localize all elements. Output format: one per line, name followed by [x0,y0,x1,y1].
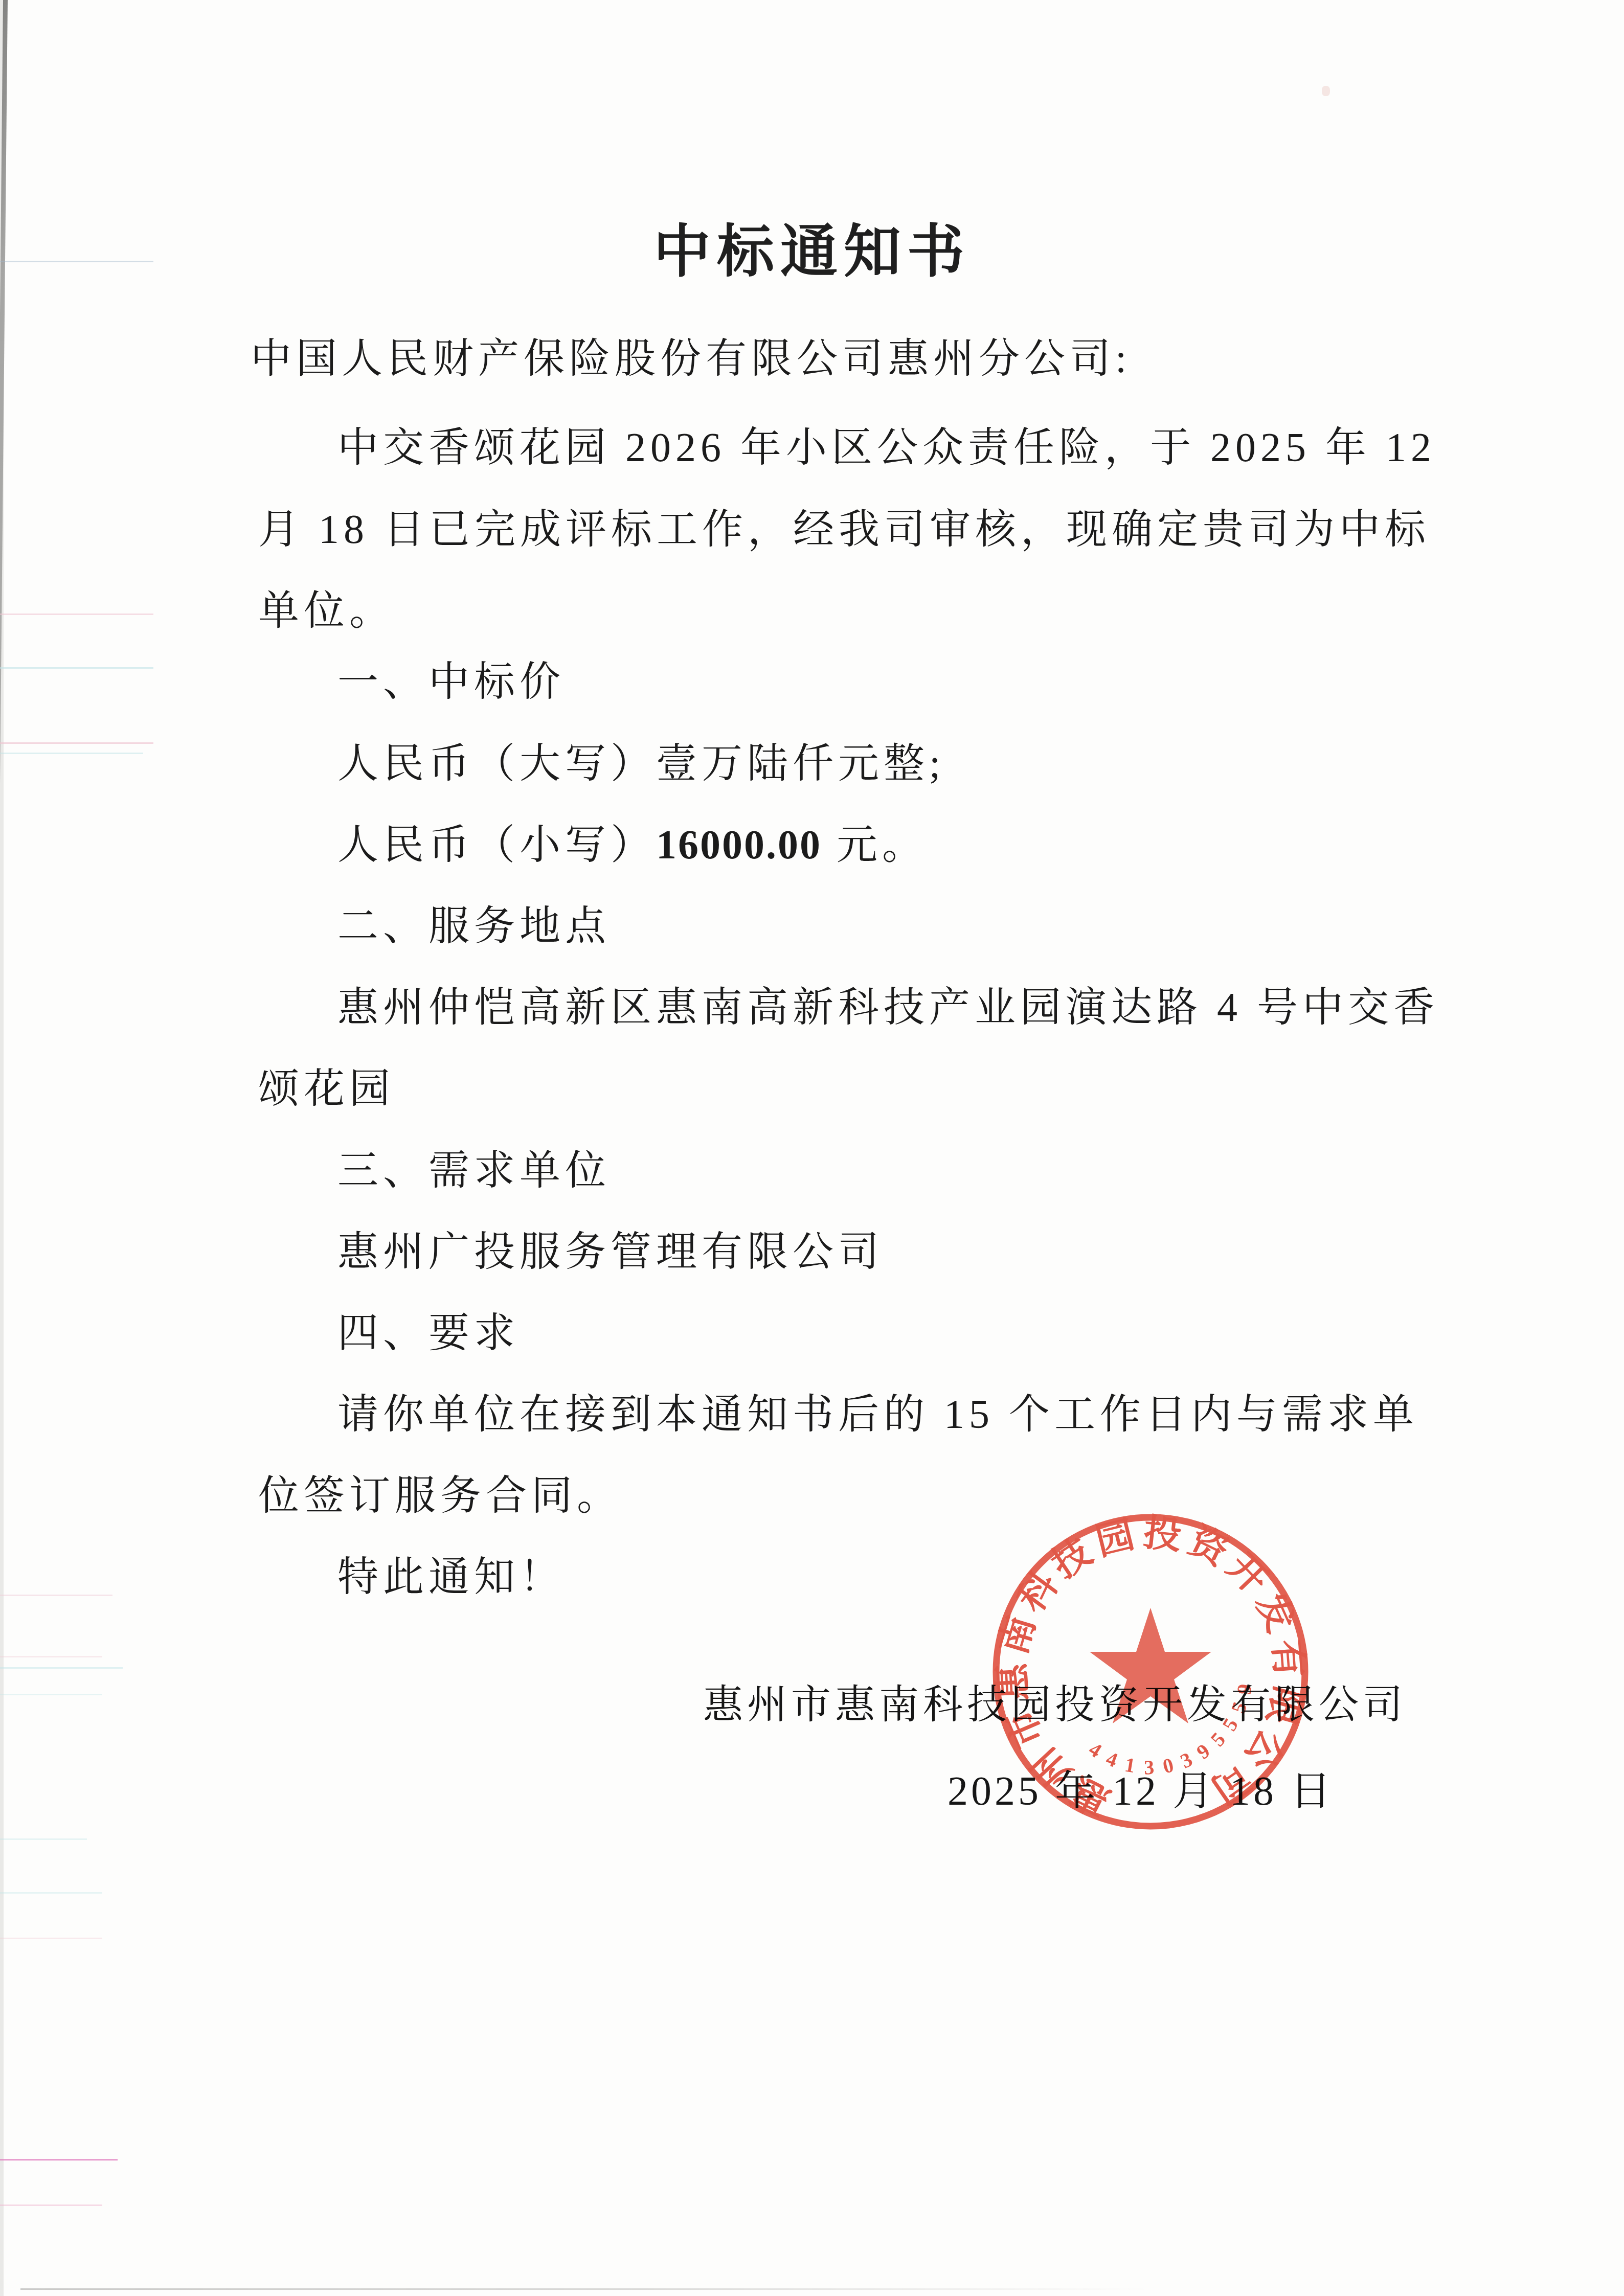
scan-artifact-line [0,667,153,669]
scan-artifact-line [0,1892,102,1894]
scan-artifact-line [0,742,153,744]
scan-artifact-line [0,1938,102,1939]
section-heading-service-location: 二、服务地点 [337,902,611,951]
seal-star-icon [1090,1608,1211,1723]
document-title: 中标通知书 [0,206,1624,288]
demand-unit-line: 惠州广投服务管理有限公司 [337,1227,884,1277]
section-heading-demand-unit: 三、需求单位 [337,1146,611,1195]
price-figures-line: 人民币（小写）16000.00 元。 [337,821,928,870]
price-amount: 16000.00 [656,823,822,868]
body-line: 惠州仲恺高新区惠南高新科技产业园演达路 4 号中交香 [337,983,1439,1032]
scan-artifact-line [0,1595,112,1596]
scan-bottom-edge-line [20,2288,1145,2290]
scan-red-speck [1322,86,1330,96]
body-line: 请你单位在接到本通知书后的 15 个工作日内与需求单 [337,1390,1418,1439]
scanned-award-notice-page: 中标通知书 中国人民财产保险股份有限公司惠州分公司: 中交香颂花园 2026 年… [0,0,1624,2296]
scan-artifact-line [0,2159,118,2161]
body-line: 单位。 [258,586,395,635]
scan-artifact-line [0,1667,123,1669]
addressee-line: 中国人民财产保险股份有限公司惠州分公司: [251,334,1131,383]
section-heading-award-price: 一、中标价 [337,657,565,707]
body-line: 月 18 日已完成评标工作，经我司审核，现确定贵司为中标 [258,505,1430,554]
scan-artifact-line [0,753,143,754]
body-line: 中交香颂花园 2026 年小区公众责任险，于 2025 年 12 [337,423,1436,472]
price-words-line: 人民币（大写）壹万陆仟元整; [337,739,945,788]
body-line: 位签订服务合同。 [258,1471,622,1520]
scan-artifact-line [0,1838,87,1840]
section-heading-requirements: 四、要求 [337,1309,520,1358]
body-line: 颂花园 [258,1064,395,1113]
scan-artifact-line [0,613,153,615]
notice-closing-line: 特此通知！ [337,1553,565,1602]
scan-artifact-line [0,2204,102,2206]
company-seal: 惠州市惠南科技园投资开发有限公司 441303955596 [979,1501,1322,1843]
price-figures-prefix: 人民币（小写） [337,823,656,868]
price-figures-suffix: 元。 [822,823,928,868]
scan-artifact-line [0,1656,102,1657]
scan-artifact-line [0,1694,102,1695]
